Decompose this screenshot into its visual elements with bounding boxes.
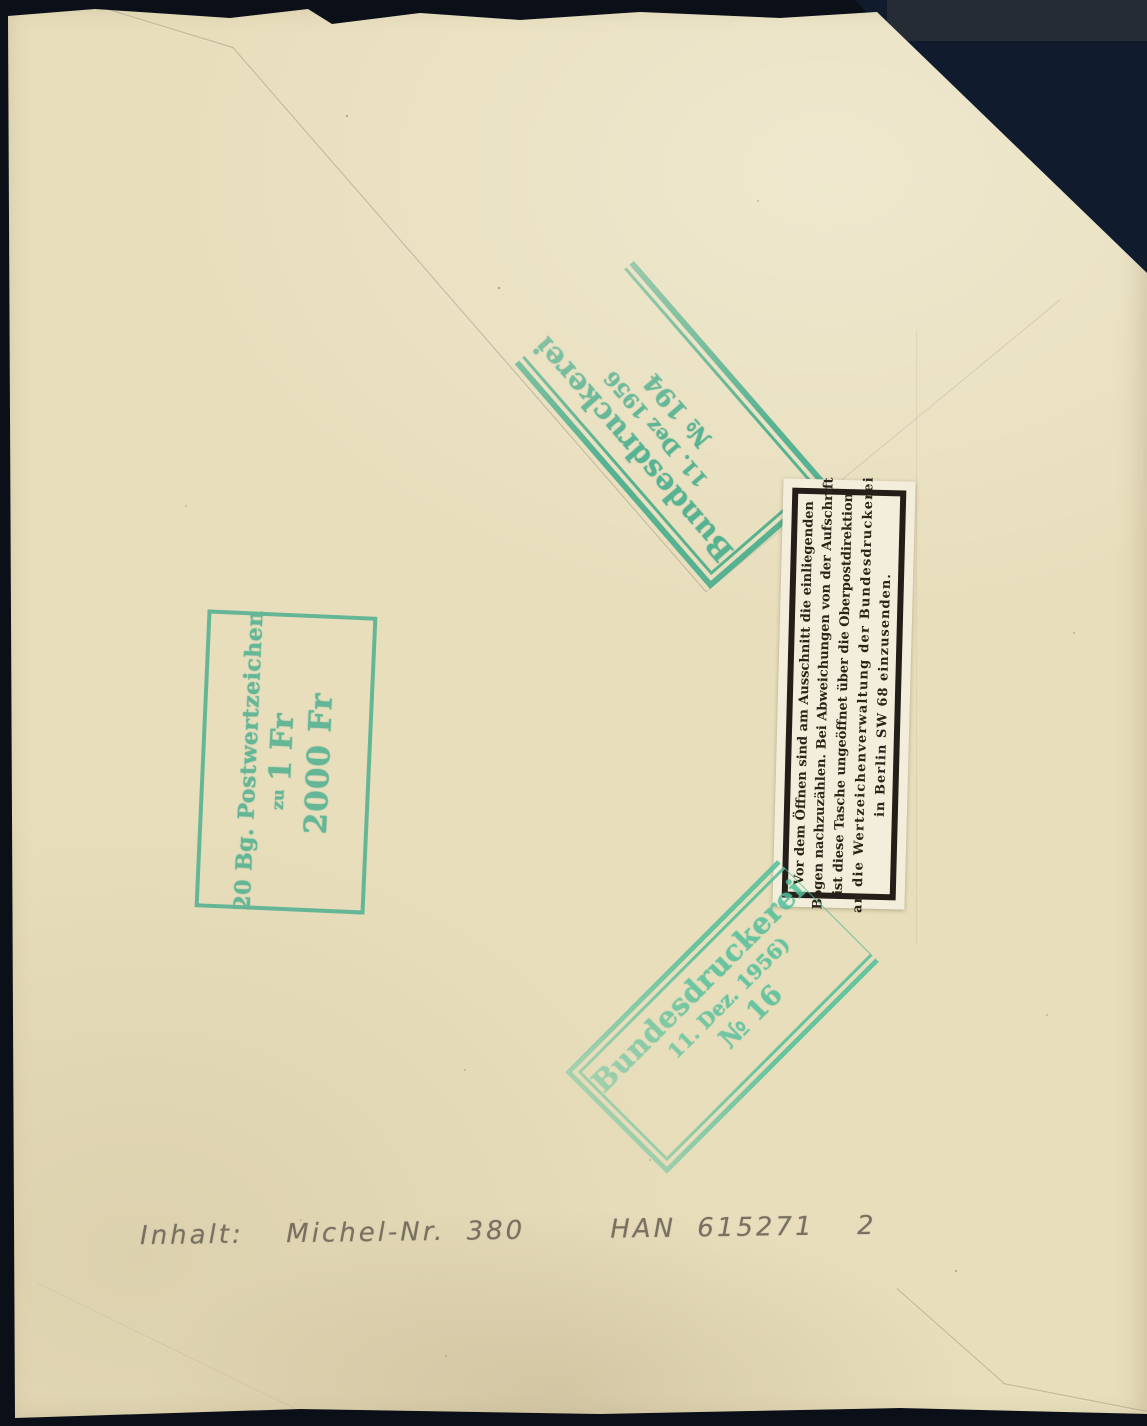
crease-line — [1003, 1383, 1147, 1413]
crease-line — [896, 1288, 1004, 1384]
crease-line — [37, 1283, 334, 1426]
instruction-label: Vor dem Öffnen sind am Ausschnitt die ei… — [772, 478, 915, 909]
scanner-lid-seam — [887, 0, 1147, 41]
quantity-stamp-text: 20 Bg. Postwertzeichen zu1 Fr 2000 Fr — [203, 618, 369, 906]
envelope-scan: Bundesdruckerei 11. Dez 1956 № 194 20 Bg… — [0, 0, 1147, 1426]
flap-edge-line — [916, 330, 918, 945]
quantity-stamp-value: 1 Fr — [263, 713, 301, 782]
pencil-content-note: Inhalt: Michel-Nr. 380 HAN 615271 2 — [140, 1211, 877, 1251]
stamp-inner-frame: Bundesdruckerei 11. Dez. 1956) № 16 — [578, 865, 874, 1161]
quantity-stamp-line1: 20 Bg. Postwertzeichen — [229, 610, 268, 912]
quantity-stamp-zu: zu — [267, 789, 287, 811]
quantity-stamp-line2: zu1 Fr — [261, 713, 300, 811]
quantity-stamp: 20 Bg. Postwertzeichen zu1 Fr 2000 Fr — [195, 609, 378, 914]
stamp-org-name: Bundesdruckerei — [586, 874, 810, 1098]
quantity-stamp-total: 2000 Fr — [297, 692, 339, 835]
stamp-inner-frame: Bundesdruckerei 11. Dez 1956 № 194 — [519, 264, 815, 576]
stamp-org-name: Bundesdruckerei — [528, 331, 739, 567]
crease-line — [104, 8, 233, 49]
instruction-label-text: Vor dem Öffnen sind am Ausschnitt die ei… — [786, 495, 902, 894]
envelope-back: Bundesdruckerei 11. Dez 1956 № 194 20 Bg… — [0, 0, 1147, 1426]
